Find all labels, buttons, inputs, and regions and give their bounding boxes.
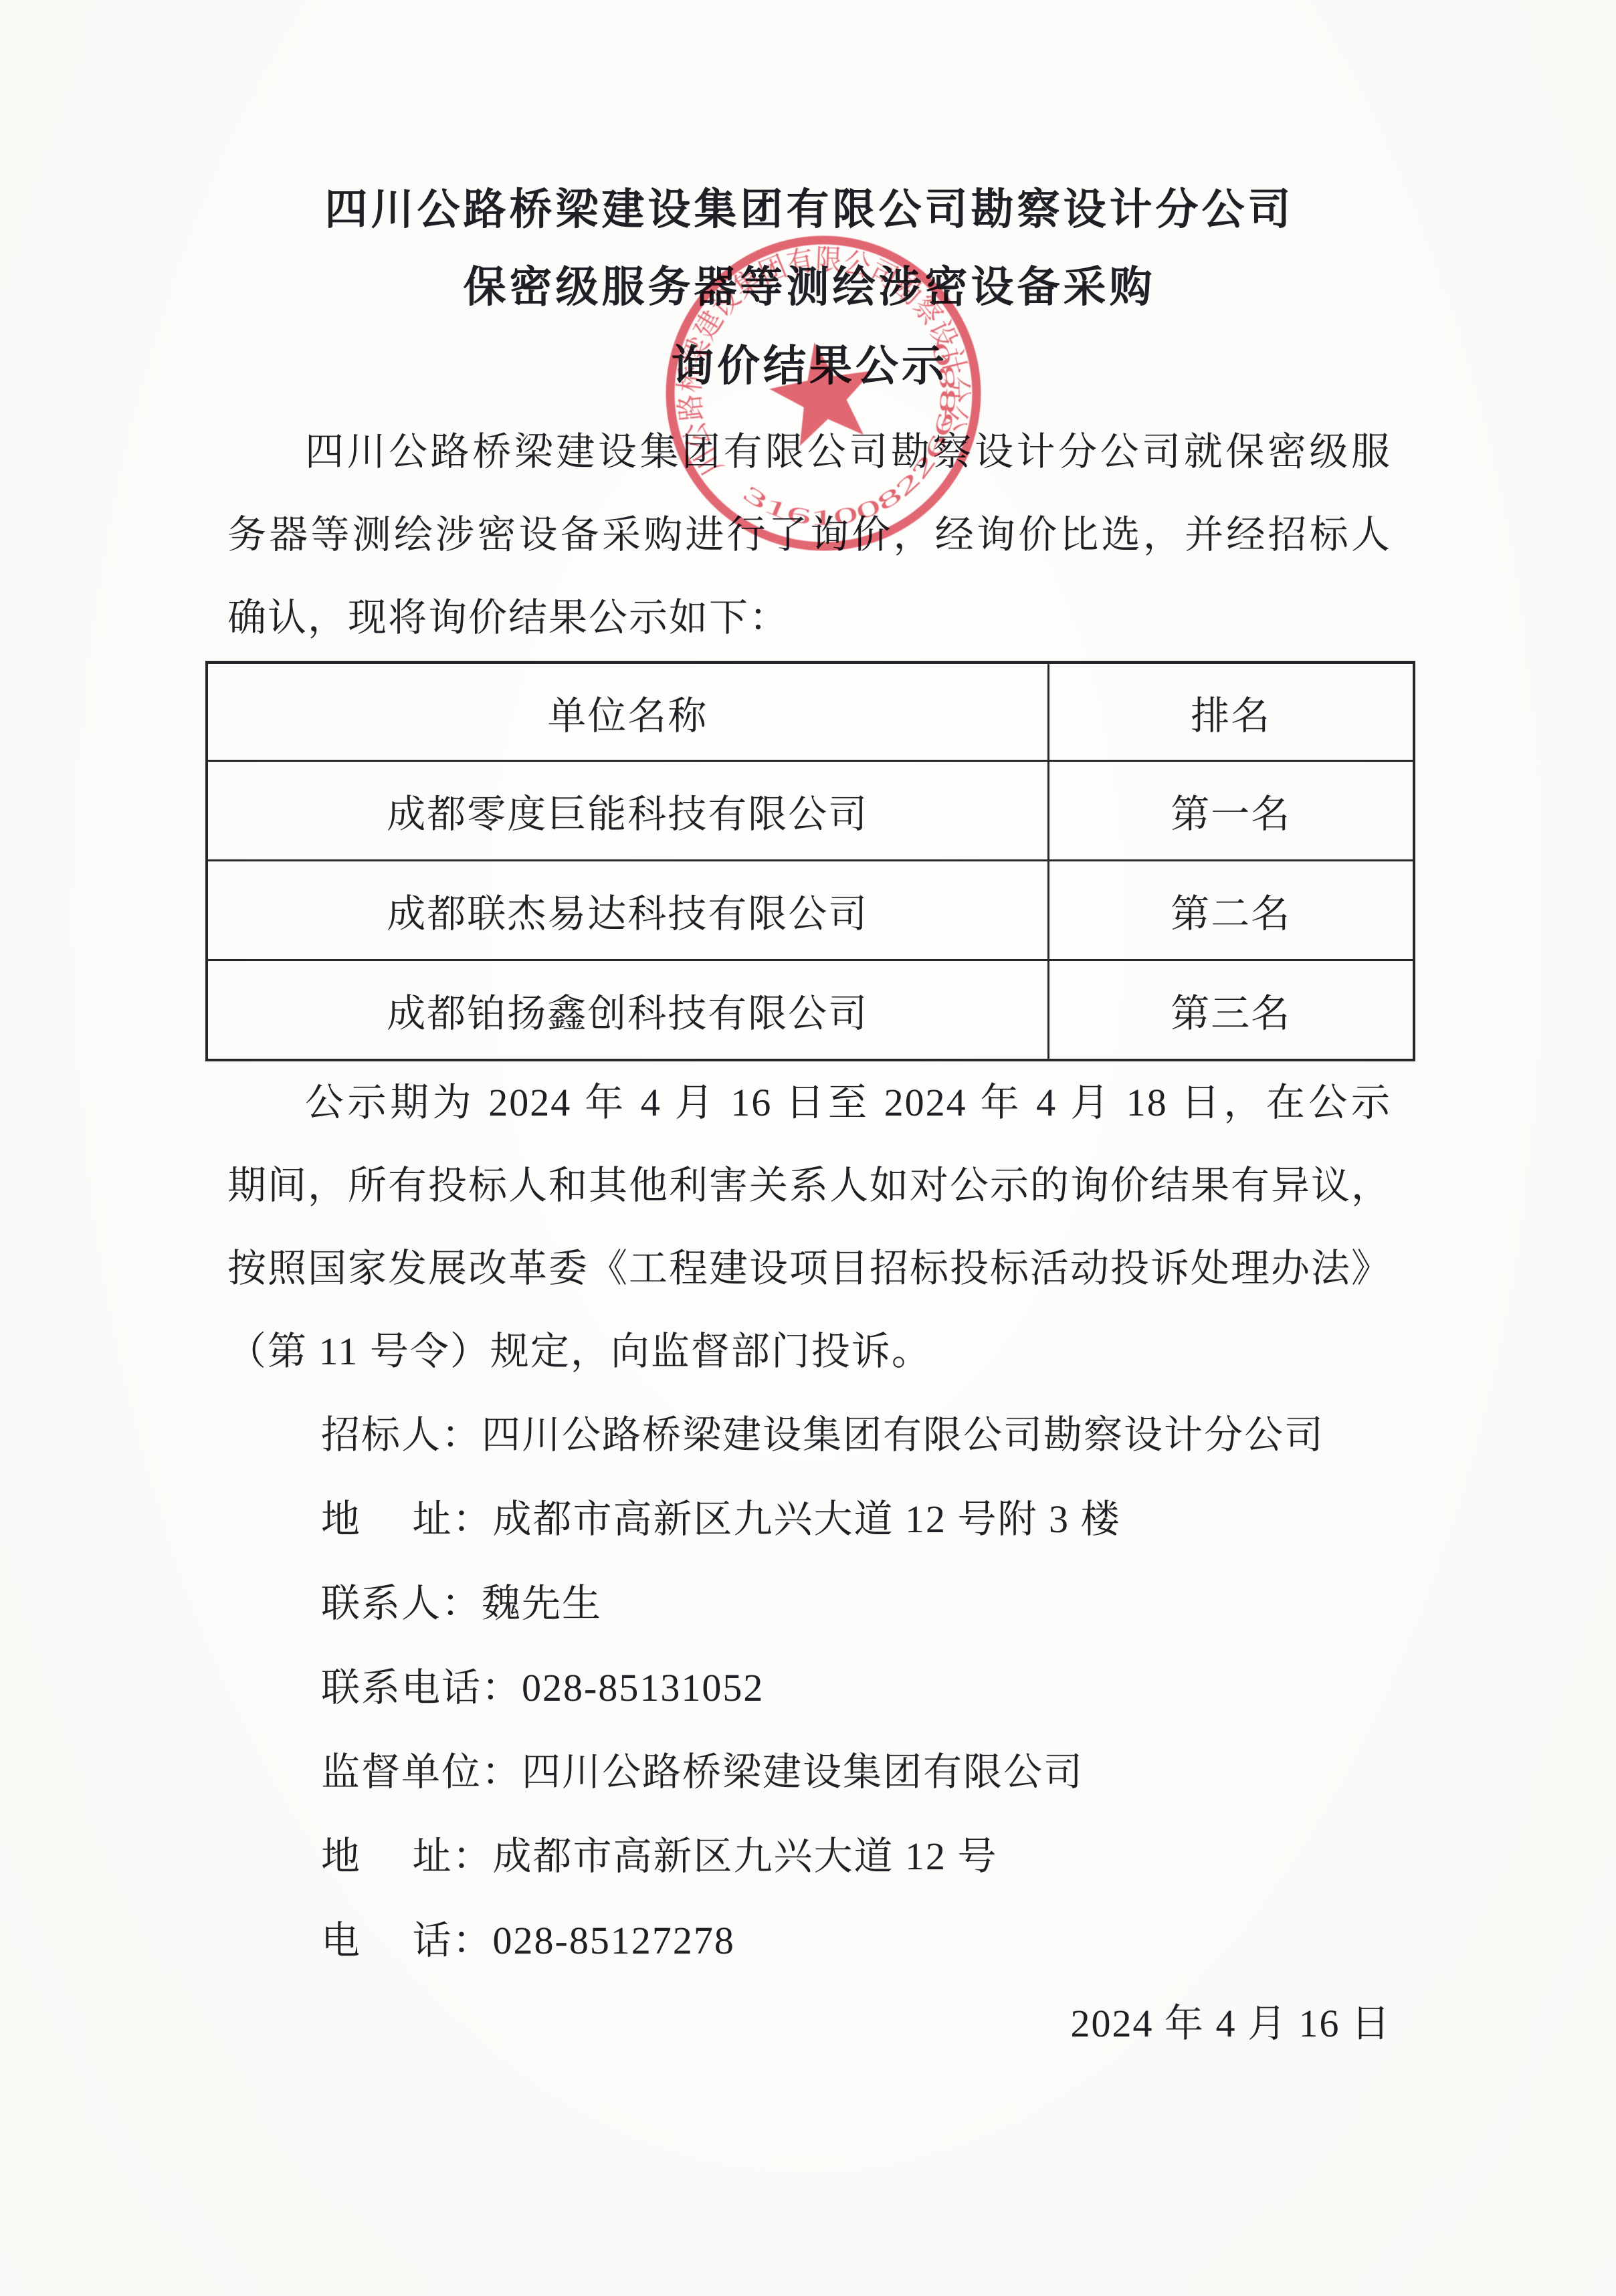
company-column-header: 单位名称 bbox=[207, 663, 1048, 761]
ranking-table: 单位名称 排名 成都零度巨能科技有限公司 第一名 成都联杰易达科技有限公司 第二… bbox=[205, 661, 1415, 1061]
contact-line-supervisor-address: 地 址：成都市高新区九兴大道 12 号 bbox=[321, 1814, 1391, 1899]
doc-date: 2024 年 4 月 16 日 bbox=[227, 1994, 1391, 2054]
table-header-row: 单位名称 排名 bbox=[207, 663, 1414, 761]
notice-line: 按照国家发展改革委《工程建设项目招标投标活动投诉处理办法》 bbox=[227, 1227, 1391, 1310]
intro-line: 务器等测绘涉密设备采购进行了询价，经询价比选，并经招标人 bbox=[227, 494, 1391, 577]
doc-title-line-2: 保密级服务器等测绘涉密设备采购 bbox=[227, 266, 1391, 309]
company-cell: 成都零度巨能科技有限公司 bbox=[207, 761, 1048, 861]
contact-line-person: 联系人：魏先生 bbox=[321, 1562, 1391, 1646]
notice-line: 期间，所有投标人和其他利害关系人如对公示的询价结果有异议， bbox=[227, 1144, 1391, 1227]
table-row: 成都联杰易达科技有限公司 第二名 bbox=[207, 861, 1414, 960]
contact-line-address: 地 址：成都市高新区九兴大道 12 号附 3 楼 bbox=[321, 1477, 1391, 1562]
table-row: 成都零度巨能科技有限公司 第一名 bbox=[207, 761, 1414, 861]
contact-line-bidder: 招标人：四川公路桥梁建设集团有限公司勘察设计分公司 bbox=[321, 1393, 1391, 1477]
company-cell: 成都联杰易达科技有限公司 bbox=[207, 861, 1048, 960]
rank-cell: 第三名 bbox=[1048, 960, 1414, 1060]
notice-line: （第 11 号令）规定，向监督部门投诉。 bbox=[227, 1310, 1391, 1393]
rank-cell: 第一名 bbox=[1048, 761, 1414, 861]
document-page: 四川公路桥梁建设集团有限公司勘察设计分公司 31610082266880 四川公… bbox=[0, 0, 1616, 2296]
notice-paragraph: 公示期为 2024 年 4 月 16 日至 2024 年 4 月 18 日，在公… bbox=[227, 1061, 1391, 1393]
company-cell: 成都铂扬鑫创科技有限公司 bbox=[207, 960, 1048, 1060]
table-row: 成都铂扬鑫创科技有限公司 第三名 bbox=[207, 960, 1414, 1060]
rank-cell: 第二名 bbox=[1048, 861, 1414, 960]
contact-line-supervisor-phone: 电 话：028-85127278 bbox=[321, 1899, 1391, 1983]
doc-title-line-3: 询价结果公示 bbox=[227, 345, 1391, 388]
intro-line: 四川公路桥梁建设集团有限公司勘察设计分公司就保密级服 bbox=[227, 411, 1391, 494]
intro-paragraph: 四川公路桥梁建设集团有限公司勘察设计分公司就保密级服 务器等测绘涉密设备采购进行… bbox=[227, 411, 1391, 659]
contact-block: 招标人：四川公路桥梁建设集团有限公司勘察设计分公司 地 址：成都市高新区九兴大道… bbox=[321, 1393, 1391, 1983]
doc-title-line-1: 四川公路桥梁建设集团有限公司勘察设计分公司 bbox=[227, 189, 1391, 231]
rank-column-header: 排名 bbox=[1048, 663, 1414, 761]
contact-line-phone: 联系电话：028-85131052 bbox=[321, 1646, 1391, 1730]
notice-line: 公示期为 2024 年 4 月 16 日至 2024 年 4 月 18 日，在公… bbox=[227, 1061, 1391, 1144]
intro-line: 确认，现将询价结果公示如下： bbox=[227, 577, 1391, 659]
contact-line-supervisor: 监督单位：四川公路桥梁建设集团有限公司 bbox=[321, 1730, 1391, 1814]
